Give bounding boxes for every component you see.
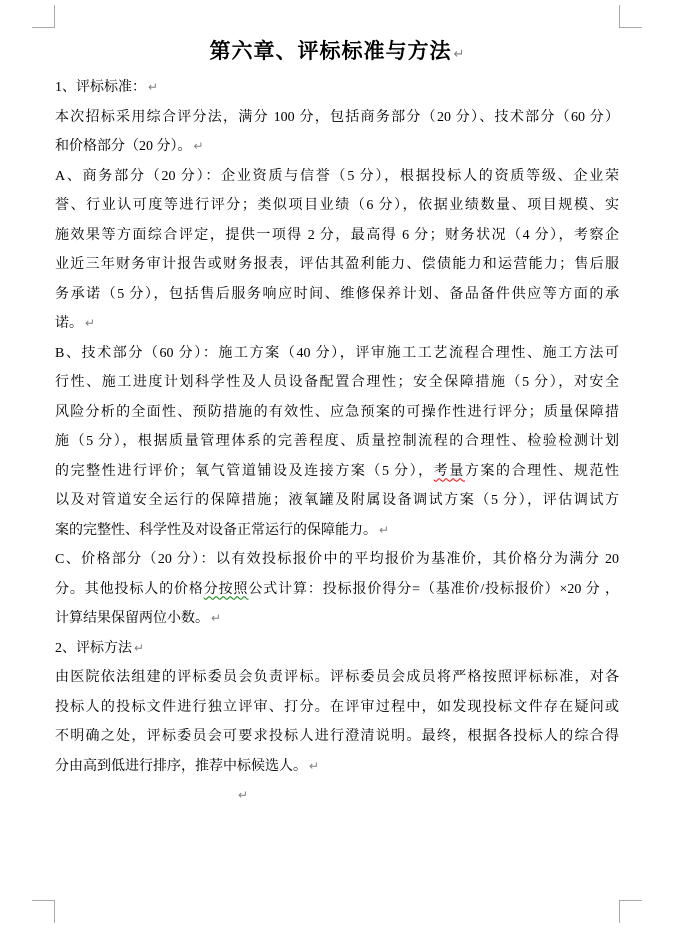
text-line[interactable]: 不明确之处，评标委员会可要求投标人进行澄清说明。最终，根据各投标人的综合得 (55, 722, 619, 752)
paragraph-mark-icon: ↵ (454, 46, 465, 61)
text-line[interactable]: 分由高到低进行排序，推荐中标候选人。↵ (55, 752, 619, 782)
text-line[interactable]: 案的完整性、科学性及对设备正常运行的保障能力。↵ (55, 516, 619, 546)
document-title: 第六章、评标标准与方法↵ (55, 30, 619, 73)
document-body[interactable]: 1、评标标准：↵本次招标采用综合评分法，满分 100 分，包括商务部分（20 分… (55, 73, 619, 811)
text-line[interactable]: 分。其他投标人的价格分按照公式计算：投标报价得分=（基准价/投标报价）×20 分… (55, 575, 619, 605)
text-line[interactable]: 务承诺（5 分），包括售后服务响应时间、维修保养计划、备品备件供应等方面的承 (55, 280, 619, 310)
text-line[interactable]: 的完整性进行评价；氧气管道铺设及连接方案（5 分），考量方案的合理性、规范性 (55, 457, 619, 487)
paragraph-mark-icon: ↵ (148, 80, 158, 94)
text-line[interactable]: 1、评标标准：↵ (55, 73, 619, 103)
margin-corner-mark-top-right (619, 5, 642, 28)
text-line[interactable]: C、价格部分（20 分）：以有效投标报价中的平均报价为基准价，其价格分为满分 2… (55, 545, 619, 575)
margin-corner-mark-bottom-left (32, 900, 55, 923)
text-line[interactable]: 本次招标采用综合评分法，满分 100 分，包括商务部分（20 分）、技术部分（6… (55, 103, 619, 133)
text-line[interactable]: ↵ (55, 781, 619, 811)
text-line[interactable]: A、商务部分（20 分）：企业资质与信誉（5 分），根据投标人的资质等级、企业荣 (55, 162, 619, 192)
text-line[interactable]: 由医院依法组建的评标委员会负责评标。评标委员会成员将严格按照评标标准，对各 (55, 663, 619, 693)
text-line[interactable]: 施效果等方面综合评定，提供一项得 2 分，最高得 6 分；财务状况（4 分），考… (55, 221, 619, 251)
text-line[interactable]: 诺。↵ (55, 309, 619, 339)
text-line[interactable]: 和价格部分（20 分）。↵ (55, 132, 619, 162)
spellcheck-squiggle: 考量 (434, 464, 465, 479)
paragraph-mark-icon: ↵ (309, 759, 319, 773)
word-document-page: 第六章、评标标准与方法↵ 1、评标标准：↵本次招标采用综合评分法，满分 100 … (0, 0, 689, 929)
text-line[interactable]: 誉、行业认可度等进行评分；类似项目业绩（6 分），依据业绩数量、项目规模、实 (55, 191, 619, 221)
document-text-area[interactable]: 第六章、评标标准与方法↵ 1、评标标准：↵本次招标采用综合评分法，满分 100 … (55, 30, 619, 811)
paragraph-mark-icon: ↵ (85, 316, 95, 330)
margin-corner-mark-bottom-right (619, 900, 642, 923)
grammar-squiggle: 分按照 (204, 582, 249, 597)
margin-corner-mark-top-left (32, 5, 55, 28)
text-line[interactable]: B、技术部分（60 分）：施工方案（40 分），评审施工工艺流程合理性、施工方法… (55, 339, 619, 369)
paragraph-mark-icon: ↵ (194, 139, 204, 153)
text-line[interactable]: 投标人的投标文件进行独立评审、打分。在评审过程中，如发现投标文件存在疑问或 (55, 693, 619, 723)
paragraph-mark-icon: ↵ (134, 641, 144, 655)
text-line[interactable]: 业近三年财务审计报告或财务报表，评估其盈利能力、偿债能力和运营能力；售后服 (55, 250, 619, 280)
text-line[interactable]: 计算结果保留两位小数。↵ (55, 604, 619, 634)
text-line[interactable]: 2、评标方法↵ (55, 634, 619, 664)
title-text: 第六章、评标标准与方法 (210, 39, 452, 63)
paragraph-mark-icon: ↵ (211, 611, 221, 625)
paragraph-mark-icon: ↵ (238, 788, 248, 802)
text-line[interactable]: 以及对管道安全运行的保障措施；液氧罐及附属设备调试方案（5 分），评估调试方 (55, 486, 619, 516)
paragraph-mark-icon: ↵ (379, 523, 389, 537)
text-line[interactable]: 行性、施工进度计划科学性及人员设备配置合理性；安全保障措施（5 分），对安全 (55, 368, 619, 398)
text-line[interactable]: 施（5 分），根据质量管理体系的完善程度、质量控制流程的合理性、检验检测计划 (55, 427, 619, 457)
text-line[interactable]: 风险分析的全面性、预防措施的有效性、应急预案的可操作性进行评分；质量保障措 (55, 398, 619, 428)
